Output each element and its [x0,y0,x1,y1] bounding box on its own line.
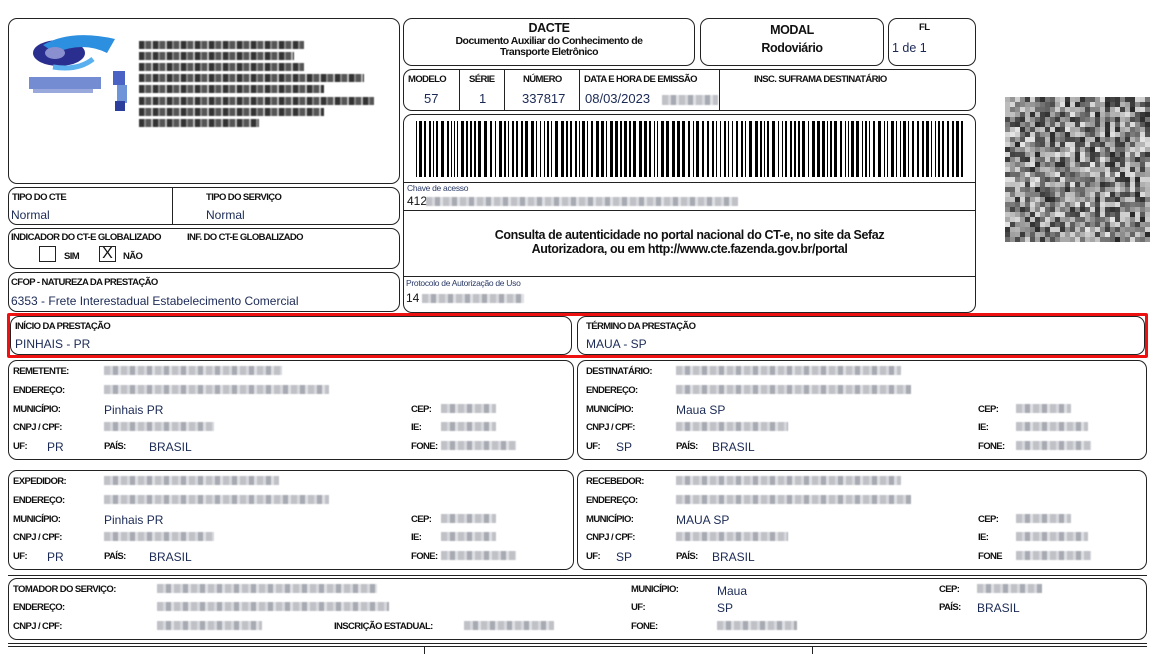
destinatario-fone-redacted [1016,441,1091,450]
emitente-info-redacted [139,85,324,93]
recebedor-municipio-value: MAUA SP [676,513,729,527]
recebedor-fone-redacted [1016,551,1091,560]
destinatario-municipio-value: Maua SP [676,403,725,417]
recebedor-nome-redacted [676,476,901,485]
folha-value: 1 de 1 [892,41,927,55]
remetente-nome-redacted [104,366,282,375]
remetente-fone-redacted [441,441,516,450]
remetente-cep-label: CEP: [411,404,431,415]
expedidor-label: EXPEDIDOR: [13,476,66,487]
identificacao-box: MODELO 57 SÉRIE 1 NÚMERO 337817 DATA E H… [403,69,976,111]
modal-value: Rodoviário [701,41,883,55]
folha-box: FL 1 de 1 [888,18,976,66]
protocolo-redacted [422,294,524,303]
tipo-servico-label: TIPO DO SERVIÇO [206,192,281,203]
recebedor-pais-value: BRASIL [712,550,755,564]
emitente-info-redacted [139,63,304,71]
destinatario-nome-redacted [676,366,901,375]
tomador-pais-label: PAÍS: [939,602,961,613]
protocolo-label: Protocolo de Autorização de Uso [406,278,521,288]
expedidor-cnpj-label: CNPJ / CPF: [13,532,62,543]
remetente-cep-redacted [441,404,496,413]
emitente-info-redacted [139,52,294,60]
tomador-pais-value: BRASIL [977,601,1020,615]
tomador-endereco-label: ENDEREÇO: [13,602,65,613]
remetente-box: REMETENTE: ENDEREÇO: MUNICÍPIO: Pinhais … [8,360,574,460]
destinatario-cnpj-redacted [676,422,788,431]
chave-redacted [426,197,738,206]
recebedor-cep-label: CEP: [978,514,998,525]
numero-value: 337817 [522,91,565,106]
numero-label: NÚMERO [523,74,562,85]
destinatario-endereco-redacted [676,385,911,394]
modal-label: MODAL [701,23,883,37]
tomador-uf-value: SP [717,601,733,615]
data-emissao-value: 08/03/2023 [585,91,650,106]
tipo-box: TIPO DO CTE Normal TIPO DO SERVIÇO Norma… [8,187,400,225]
destinatario-cep-label: CEP: [978,404,998,415]
folha-label: FL [919,22,929,33]
recebedor-endereco-redacted [676,495,911,504]
recebedor-pais-label: PAÍS: [676,551,698,562]
emitente-info-redacted [139,74,364,82]
expedidor-cep-label: CEP: [411,514,431,525]
recebedor-uf-value: SP [616,550,632,564]
dacte-subtitle-1: Documento Auxiliar do Conhecimento de [404,36,694,46]
data-emissao-label: DATA E HORA DE EMISSÃO [584,74,697,85]
tomador-ie-redacted [464,621,554,630]
destinatario-cep-redacted [1016,404,1071,413]
remetente-endereco-label: ENDEREÇO: [13,385,65,396]
tomador-nome-redacted [157,584,377,593]
destinatario-endereco-label: ENDEREÇO: [586,385,638,396]
tomador-box: TOMADOR DO SERVIÇO: ENDEREÇO: CNPJ / CPF… [8,578,1147,640]
recebedor-ie-redacted [1016,532,1088,541]
remetente-pais-label: PAÍS: [104,441,126,452]
sim-label: SIM [64,251,79,262]
serie-value: 1 [479,91,486,106]
expedidor-cep-redacted [441,514,496,523]
tomador-cnpj-label: CNPJ / CPF: [13,621,62,632]
destinatario-cnpj-label: CNPJ / CPF: [586,422,635,433]
inf-globalizado-label: INF. DO CT-E GLOBALIZADO [187,232,303,243]
expedidor-nome-redacted [104,476,279,485]
suframa-label: INSC. SUFRAMA DESTINATÁRIO [754,74,887,85]
recebedor-endereco-label: ENDEREÇO: [586,495,638,506]
serie-label: SÉRIE [469,74,495,85]
destinatario-fone-label: FONE: [978,441,1005,452]
inicio-prestacao-box: INÍCIO DA PRESTAÇÃO PINHAIS - PR [10,316,572,355]
inicio-prestacao-label: INÍCIO DA PRESTAÇÃO [15,321,110,332]
expedidor-endereco-label: ENDEREÇO: [13,495,65,506]
expedidor-uf-value: PR [47,550,64,564]
recebedor-ie-label: IE: [978,532,988,543]
barcode-icon [416,121,964,177]
destinatario-label: DESTINATÁRIO: [586,366,652,377]
emitente-info-redacted [139,97,374,105]
remetente-pais-value: BRASIL [149,440,192,454]
inicio-prestacao-value: PINHAIS - PR [15,337,90,351]
nao-label: NÃO [123,251,142,262]
remetente-ie-redacted [441,422,496,431]
expedidor-pais-label: PAÍS: [104,551,126,562]
tipo-servico-value: Normal [206,208,245,222]
dacte-subtitle-2: Transporte Eletrônico [404,47,694,57]
destinatario-ie-label: IE: [978,422,988,433]
chave-label: Chave de acesso [407,183,468,193]
protocolo-value: 14 [406,291,419,305]
expedidor-box: EXPEDIDOR: ENDEREÇO: MUNICÍPIO: Pinhais … [8,470,574,570]
destinatario-uf-label: UF: [586,441,600,452]
termino-prestacao-box: TÉRMINO DA PRESTAÇÃO MAUA - SP [577,316,1145,355]
termino-prestacao-value: MAUA - SP [586,337,647,351]
destinatario-ie-redacted [1016,422,1088,431]
dacte-title-box: DACTE Documento Auxiliar do Conhecimento… [403,18,695,66]
remetente-cnpj-label: CNPJ / CPF: [13,422,62,433]
expedidor-fone-label: FONE: [411,551,438,562]
bottom-divider [8,643,1147,644]
indicador-globalizado-label: INDICADOR DO CT-E GLOBALIZADO [11,232,161,243]
consulta-line-2: Autorizadora, ou em http://www.cte.fazen… [404,243,975,256]
hora-emissao-redacted [662,95,718,105]
expedidor-municipio-label: MUNICÍPIO: [13,514,60,525]
qr-code-icon [1005,97,1150,242]
globalizado-box: INDICADOR DO CT-E GLOBALIZADO INF. DO CT… [8,228,400,269]
modelo-label: MODELO [408,74,446,85]
remetente-ie-label: IE: [411,422,421,433]
modal-box: MODAL Rodoviário [700,18,884,66]
dacte-title: DACTE [404,21,694,35]
emitente-box [8,18,400,184]
tomador-fone-label: FONE: [631,621,658,632]
remetente-municipio-value: Pinhais PR [104,403,163,417]
remetente-municipio-label: MUNICÍPIO: [13,404,60,415]
emitente-info-redacted [139,108,324,116]
remetente-endereco-redacted [104,385,329,394]
recebedor-cnpj-label: CNPJ / CPF: [586,532,635,543]
chave-value: 412 [407,194,427,208]
sim-checkbox[interactable] [39,246,56,262]
tomador-ie-label: INSCRIÇÃO ESTADUAL: [334,621,433,632]
destinatario-uf-value: SP [616,440,632,454]
remetente-fone-label: FONE: [411,441,438,452]
expedidor-uf-label: UF: [13,551,27,562]
remetente-label: REMETENTE: [13,366,69,377]
tomador-cep-label: CEP: [939,584,959,595]
recebedor-label: RECEBEDOR: [586,476,644,487]
chave-box: Chave de acesso 412 Consulta de autentic… [403,114,976,313]
tomador-municipio-value: Maua [717,584,747,598]
expedidor-municipio-value: Pinhais PR [104,513,163,527]
remetente-cnpj-redacted [104,422,214,431]
tomador-label: TOMADOR DO SERVIÇO: [13,584,116,595]
cfop-box: CFOP - NATUREZA DA PRESTAÇÃO 6353 - Fret… [8,272,400,312]
company-logo-icon [23,31,143,131]
tomador-uf-label: UF: [631,602,645,613]
recebedor-fone-label: FONE [978,551,1002,562]
emitente-info-redacted [139,41,304,49]
destinatario-pais-value: BRASIL [712,440,755,454]
recebedor-uf-label: UF: [586,551,600,562]
recebedor-municipio-label: MUNICÍPIO: [586,514,633,525]
remetente-uf-value: PR [47,440,64,454]
tomador-fone-redacted [717,621,797,630]
recebedor-cep-redacted [1016,514,1071,523]
destinatario-municipio-label: MUNICÍPIO: [586,404,633,415]
tipo-cte-value: Normal [11,208,50,222]
remetente-uf-label: UF: [13,441,27,452]
tomador-municipio-label: MUNICÍPIO: [631,584,678,595]
modelo-value: 57 [424,91,438,106]
tomador-cep-redacted [977,584,1042,593]
expedidor-ie-redacted [441,532,496,541]
expedidor-cnpj-redacted [104,532,214,541]
tomador-cnpj-redacted [157,621,262,630]
destinatario-box: DESTINATÁRIO: ENDEREÇO: MUNICÍPIO: Maua … [577,360,1147,460]
destinatario-pais-label: PAÍS: [676,441,698,452]
expedidor-pais-value: BRASIL [149,550,192,564]
cfop-value: 6353 - Frete Interestadual Estabelecimen… [11,294,298,308]
tipo-cte-label: TIPO DO CTE [12,192,66,203]
consulta-line-1: Consulta de autenticidade no portal naci… [404,229,975,242]
cfop-label: CFOP - NATUREZA DA PRESTAÇÃO [11,277,158,288]
emitente-info-redacted [139,119,259,127]
expedidor-ie-label: IE: [411,532,421,543]
expedidor-endereco-redacted [104,495,329,504]
recebedor-cnpj-redacted [676,532,788,541]
nao-checkbox[interactable]: X [99,246,116,262]
termino-prestacao-label: TÉRMINO DA PRESTAÇÃO [586,321,695,332]
expedidor-fone-redacted [441,551,516,560]
recebedor-box: RECEBEDOR: ENDEREÇO: MUNICÍPIO: MAUA SP … [577,470,1147,570]
tomador-endereco-redacted [157,602,389,611]
